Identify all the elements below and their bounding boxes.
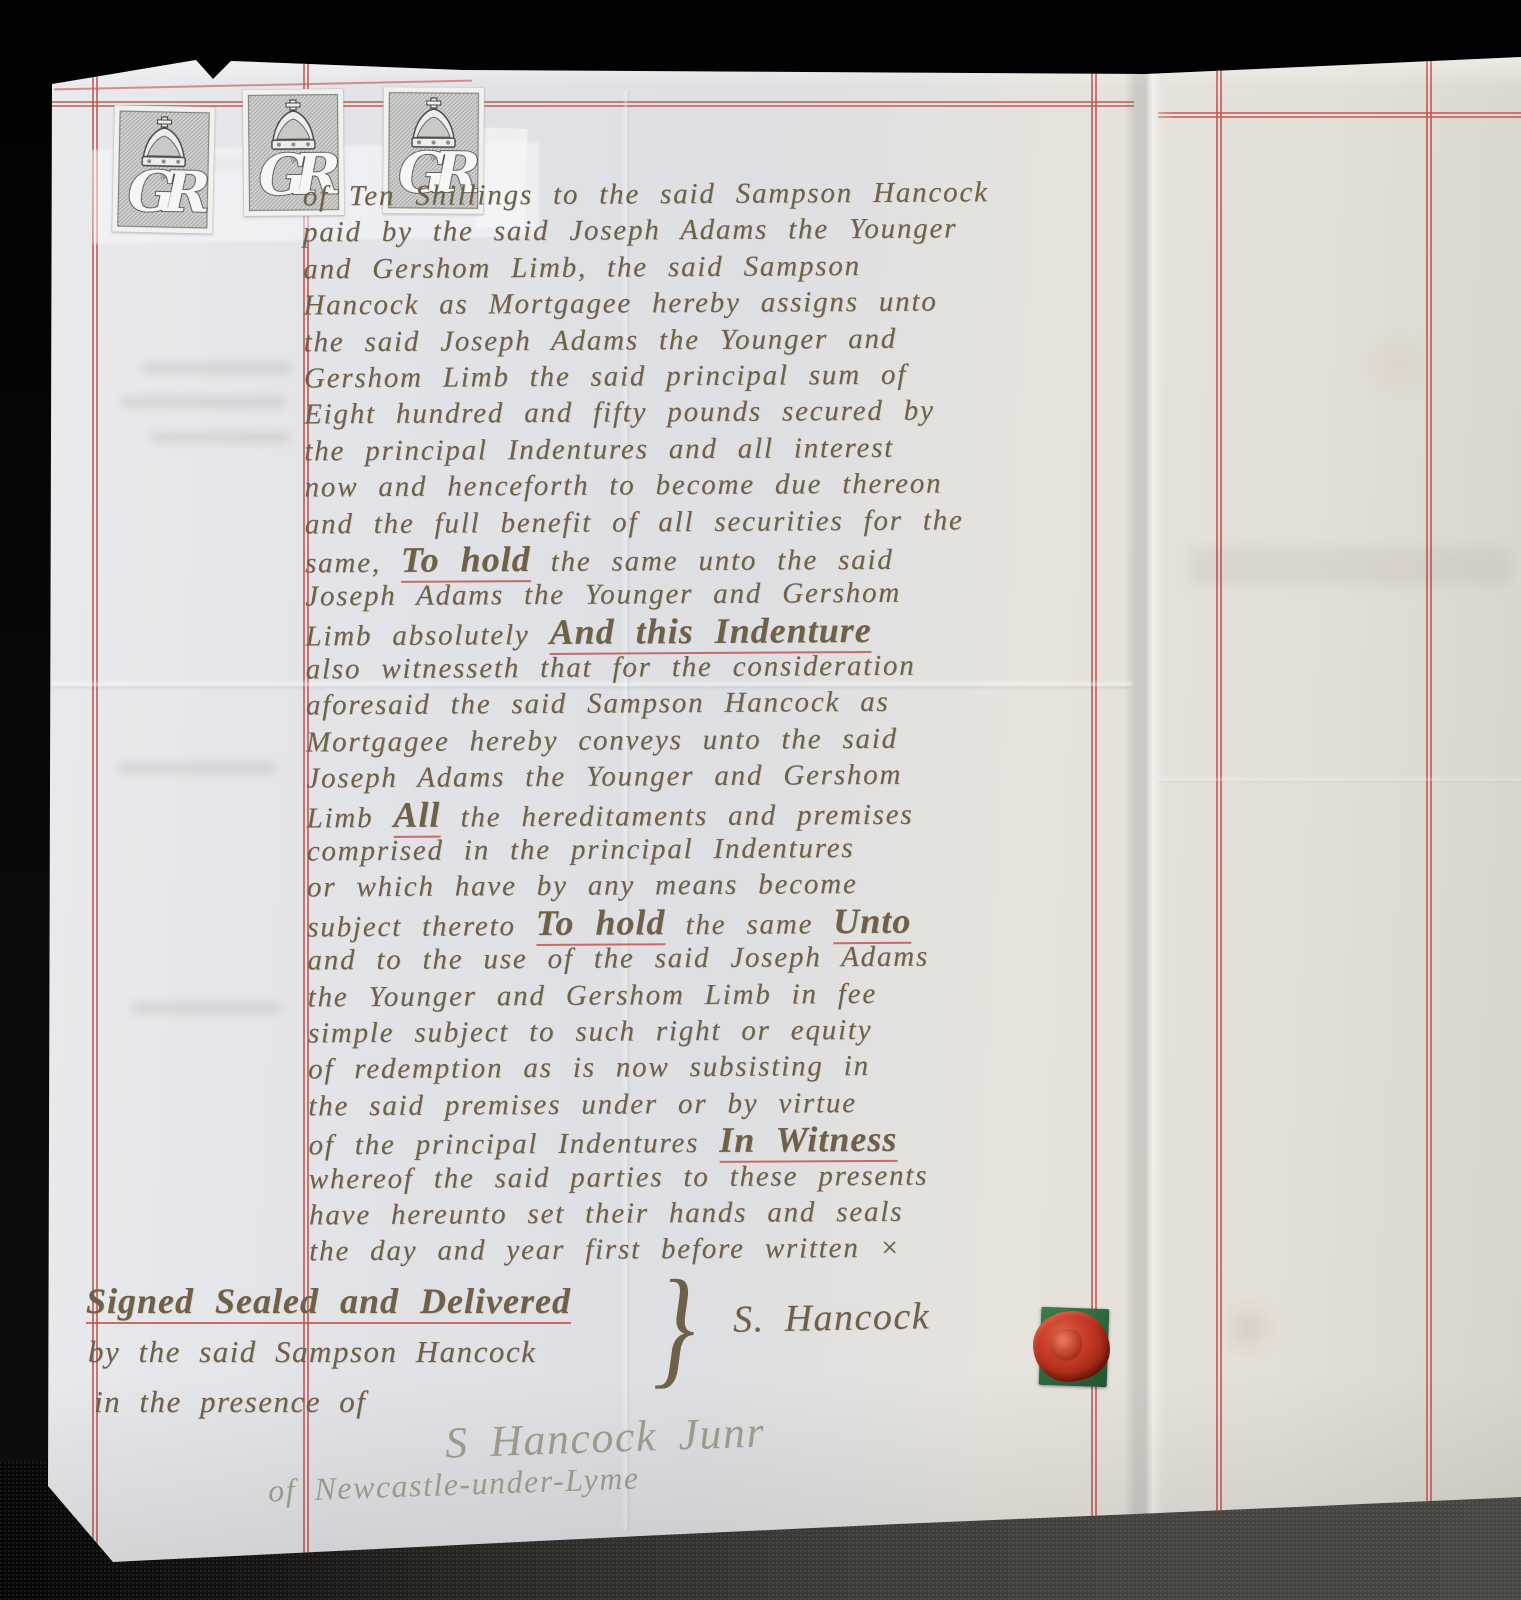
revenue-stamp — [112, 105, 216, 234]
manuscript-line: the said premises under or by virtue — [308, 1083, 1108, 1124]
text-segment: To hold — [401, 539, 531, 583]
text-segment: and Gershom Limb, the said Sampson — [303, 250, 861, 285]
text-segment: Eight hundred and fifty pounds secured b… — [304, 395, 935, 431]
text-segment: paid by the said Joseph Adams the Younge… — [303, 213, 957, 249]
manuscript-line: or which have by any means become — [307, 865, 1107, 906]
text-segment: or which have by any means become — [307, 868, 858, 903]
text-segment: whereof the said parties to these presen… — [309, 1159, 929, 1195]
text-segment: the said Joseph Adams the Younger and — [304, 322, 898, 358]
manuscript-line: have hereunto set their hands and seals — [309, 1192, 1109, 1233]
text-segment: of the principal Indentures — [308, 1127, 719, 1162]
showthrough-mark — [142, 362, 292, 374]
showthrough-mark-right-page — [1190, 548, 1510, 584]
text-segment: Unto — [833, 901, 911, 944]
manuscript-line: Hancock as Mortgagee hereby assigns unto — [303, 283, 1103, 324]
text-segment: same, — [305, 547, 401, 580]
red-rule-vertical-right-page-b — [1426, 0, 1432, 1600]
text-segment: In Witness — [719, 1119, 897, 1163]
manuscript-line: Limb All the hereditaments and premises — [306, 792, 1106, 833]
document-photograph: v GR of Ten Shillings to the said Sampso… — [0, 0, 1521, 1600]
attestation-line-3: in the presence of — [94, 1384, 366, 1420]
manuscript-line: simple subject to such right or equity — [308, 1011, 1108, 1052]
text-segment: To hold — [536, 902, 666, 946]
manuscript-line: now and henceforth to become due thereon — [304, 465, 1104, 506]
manuscript-line: Signed Sealed and Delivered — [86, 1280, 571, 1324]
text-segment: aforesaid the said Sampson Hancock as — [306, 686, 890, 722]
text-segment: the same unto the said — [531, 544, 894, 578]
paper-top-fold-highlight — [48, 56, 1521, 86]
signature-sampson-hancock: S. Hancock — [733, 1294, 931, 1341]
text-segment: Signed Sealed and Delivered — [86, 1281, 571, 1324]
showthrough-mark — [120, 396, 285, 408]
manuscript-line: Eight hundred and fifty pounds secured b… — [304, 392, 1104, 433]
manuscript-line: the Younger and Gershom Limb in fee — [308, 974, 1108, 1015]
document-body: of Ten Shillings to the said Sampson Han… — [303, 174, 1110, 1271]
manuscript-line: the day and year first before written × — [309, 1229, 1109, 1270]
showthrough-mark — [132, 1002, 282, 1014]
text-segment: Hancock as Mortgagee hereby assigns unto — [303, 286, 937, 322]
showthrough-mark — [150, 432, 290, 443]
text-segment: Joseph Adams the Younger and Gershom — [305, 577, 901, 613]
text-segment: and to the use of the said Joseph Adams — [307, 941, 929, 977]
manuscript-line: also witnesseth that for the considerati… — [306, 647, 1106, 688]
wax-seal — [1039, 1307, 1110, 1387]
manuscript-line: subject thereto To hold the same Unto — [307, 901, 1107, 942]
showthrough-mark — [116, 762, 276, 774]
manuscript-line: Gershom Limb the said principal sum of — [304, 356, 1104, 397]
text-segment: and the full benefit of all securities f… — [305, 504, 964, 540]
manuscript-line: same, To hold the same unto the said — [305, 537, 1105, 578]
attestation-line-2: by the said Sampson Hancock — [88, 1334, 536, 1370]
text-segment: the hereditaments and premises — [440, 798, 913, 833]
text-segment: have hereunto set their hands and seals — [309, 1196, 903, 1232]
red-rule-vertical-right-page-a — [1216, 0, 1222, 1600]
manuscript-line: of the principal Indentures In Witness — [308, 1120, 1108, 1161]
attestation-brace: } — [653, 1251, 695, 1404]
manuscript-line: and Gershom Limb, the said Sampson — [303, 246, 1103, 287]
manuscript-line: paid by the said Joseph Adams the Younge… — [303, 210, 1103, 251]
manuscript-line: Joseph Adams the Younger and Gershom — [306, 756, 1106, 797]
manuscript-line: of redemption as is now subsisting in — [308, 1047, 1108, 1088]
manuscript-line: the said Joseph Adams the Younger and — [304, 319, 1104, 360]
manuscript-line: Mortgagee hereby conveys unto the said — [306, 719, 1106, 760]
text-segment: simple subject to such right or equity — [308, 1014, 873, 1049]
center-fold-crease — [1124, 0, 1174, 1600]
stain-mark — [1352, 328, 1442, 400]
text-segment: subject thereto — [307, 910, 536, 943]
text-segment: Joseph Adams the Younger and Gershom — [306, 759, 902, 795]
manuscript-line: aforesaid the said Sampson Hancock as — [306, 683, 1106, 724]
text-segment: Mortgagee hereby conveys unto the said — [306, 723, 898, 759]
text-segment: comprised in the principal Indentures — [307, 832, 855, 867]
text-segment: Limb — [306, 802, 393, 835]
manuscript-line: the principal Indentures and all interes… — [304, 428, 1104, 469]
manuscript-line: of Ten Shillings to the said Sampson Han… — [303, 174, 1103, 215]
text-segment: of redemption as is now subsisting in — [308, 1050, 870, 1085]
text-segment: Gershom Limb the said principal sum of — [304, 359, 907, 395]
text-segment: of Ten Shillings to the said Sampson Han… — [303, 176, 989, 212]
text-segment: the principal Indentures and all interes… — [304, 432, 894, 468]
text-segment: Limb absolutely — [305, 619, 549, 652]
text-segment: the day and year first before written × — [309, 1232, 901, 1268]
manuscript-line: Joseph Adams the Younger and Gershom — [305, 574, 1105, 615]
manuscript-line: and the full benefit of all securities f… — [305, 501, 1105, 542]
witness-address: of Newcastle-under-Lyme — [267, 1460, 640, 1510]
text-segment: the said premises under or by virtue — [308, 1087, 857, 1122]
text-segment: the Younger and Gershom Limb in fee — [308, 978, 878, 1013]
stain-mark — [1216, 1296, 1280, 1360]
text-segment: also witnesseth that for the considerati… — [306, 650, 916, 686]
text-segment: now and henceforth to become due thereon — [304, 468, 942, 504]
manuscript-line: Limb absolutely And this Indenture — [305, 610, 1105, 651]
text-segment: All — [393, 794, 440, 837]
manuscript-line: and to the use of the said Joseph Adams — [307, 938, 1107, 979]
horizontal-crease-right — [1158, 776, 1521, 784]
paper-sheet: v GR of Ten Shillings to the said Sampso… — [0, 0, 1521, 1600]
attestation-line-1: Signed Sealed and Delivered — [86, 1280, 571, 1324]
manuscript-line: whereof the said parties to these presen… — [309, 1156, 1109, 1197]
text-segment: the same — [665, 908, 833, 941]
red-rule-horizontal-right-page — [1158, 112, 1521, 118]
witness-signature: S Hancock Junr — [444, 1406, 766, 1468]
manuscript-line: comprised in the principal Indentures — [307, 829, 1107, 870]
